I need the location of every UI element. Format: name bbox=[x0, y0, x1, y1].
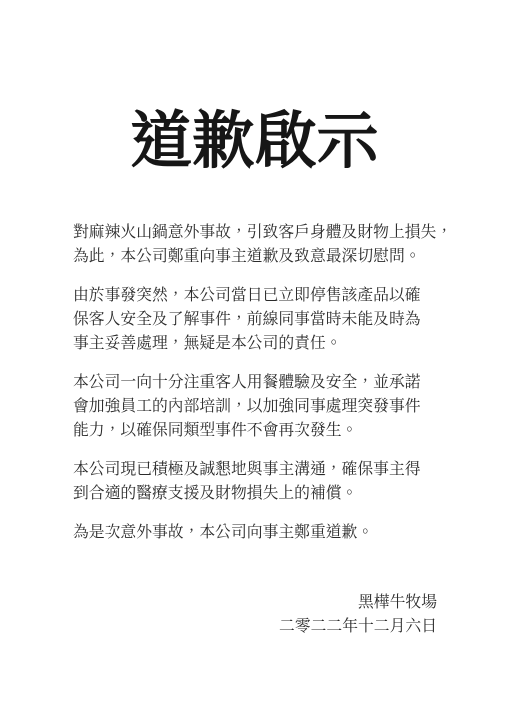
paragraph-line: 由於事發突然，本公司當日已立即停售該產品以確 bbox=[73, 284, 509, 308]
notice-title: 道歉啟示 bbox=[0, 110, 509, 174]
paragraph-line: 本公司現已積極及誠懇地與事主溝通，確保事主得 bbox=[73, 458, 509, 482]
paragraph-line: 到合適的醫療支援及財物損失上的補償。 bbox=[73, 482, 509, 506]
paragraph-line: 保客人安全及了解事件，前線同事當時未能及時為 bbox=[73, 308, 509, 332]
paragraph-line: 為此，本公司鄭重向事主道歉及致意最深切慰問。 bbox=[73, 245, 509, 269]
paragraph-line: 本公司一向十分注重客人用餐體驗及安全，並承諾 bbox=[73, 371, 509, 395]
apology-notice-page: 道歉啟示 對麻辣火山鍋意外事故，引致客戶身體及財物上損失， 為此，本公司鄭重向事… bbox=[0, 0, 509, 720]
paragraph-compensation: 本公司現已積極及誠懇地與事主溝通，確保事主得 到合適的醫療支援及財物損失上的補償… bbox=[73, 458, 509, 506]
paragraph-apology: 為是次意外事故，本公司向事主鄭重道歉。 bbox=[73, 521, 509, 545]
paragraph-response: 由於事發突然，本公司當日已立即停售該產品以確 保客人安全及了解事件，前線同事當時… bbox=[73, 284, 509, 356]
paragraph-line: 能力，以確保同類型事件不會再次發生。 bbox=[73, 419, 509, 443]
paragraph-line: 為是次意外事故，本公司向事主鄭重道歉。 bbox=[73, 521, 509, 545]
notice-body: 對麻辣火山鍋意外事故，引致客戶身體及財物上損失， 為此，本公司鄭重向事主道歉及致… bbox=[73, 221, 509, 639]
paragraph-line: 對麻辣火山鍋意外事故，引致客戶身體及財物上損失， bbox=[73, 221, 509, 245]
paragraph-commitment: 本公司一向十分注重客人用餐體驗及安全，並承諾 會加強員工的內部培訓，以加強同事處… bbox=[73, 371, 509, 443]
signature-company: 黑樺牛牧場 bbox=[73, 591, 437, 615]
signature-block: 黑樺牛牧場 二零二二年十二月六日 bbox=[73, 591, 437, 639]
paragraph-incident: 對麻辣火山鍋意外事故，引致客戶身體及財物上損失， 為此，本公司鄭重向事主道歉及致… bbox=[73, 221, 509, 269]
paragraph-line: 事主妥善處理，無疑是本公司的責任。 bbox=[73, 332, 509, 356]
paragraph-line: 會加強員工的內部培訓，以加強同事處理突發事件 bbox=[73, 395, 509, 419]
signature-date: 二零二二年十二月六日 bbox=[73, 615, 437, 639]
